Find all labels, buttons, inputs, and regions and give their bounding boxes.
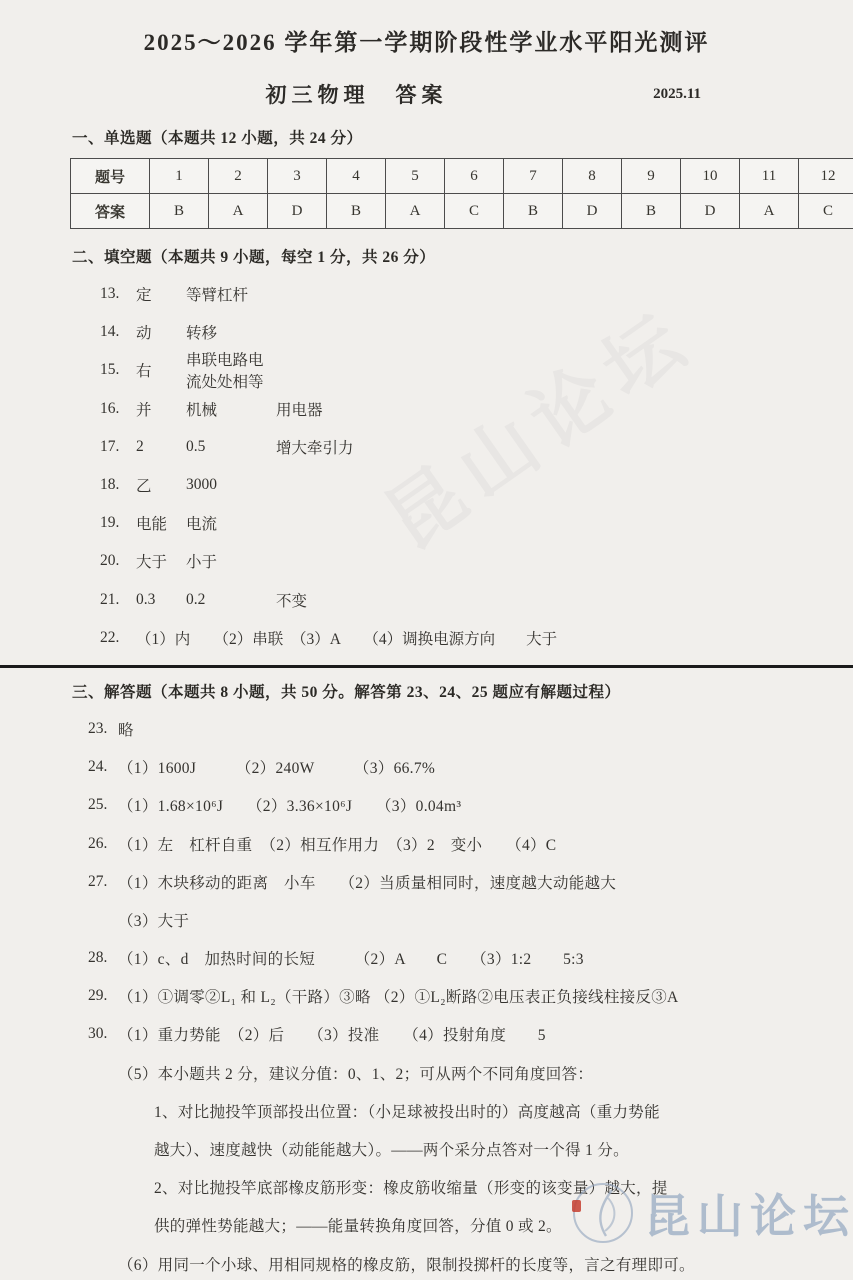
answer-line: 越大）、速度越快（动能能越大）。——两个采分点答对一个得 1 分。 xyxy=(118,1138,853,1160)
item-number: 16. xyxy=(100,400,136,418)
solution-item-24: 24. （1）1600J （2）240W （3）66.7% xyxy=(88,748,853,786)
fill-item-19: 19. 电能 电流 xyxy=(100,504,853,542)
table-cell-answer: B xyxy=(622,194,681,229)
blank-answer: 右 xyxy=(136,359,186,381)
answer-line: （1）重力势能 （2）后 （3）投准 （4）投射角度 5 xyxy=(118,1023,853,1045)
item-number: 18. xyxy=(100,476,136,494)
blank-answer: 3000 xyxy=(186,476,276,494)
blank-answer: 小于 xyxy=(186,550,276,572)
table-cell-qnum: 3 xyxy=(268,159,327,194)
table-cell-qnum: 10 xyxy=(681,159,740,194)
blank-answer: 大于 xyxy=(136,550,186,572)
item-number: 20. xyxy=(100,552,136,570)
blank-answer: 用电器 xyxy=(276,398,853,420)
table-cell-qnum: 1 xyxy=(150,159,209,194)
fill-item-14: 14. 动 转移 xyxy=(100,313,853,351)
blank-answer: 0.5 xyxy=(186,438,276,456)
item-number: 28. xyxy=(88,949,118,967)
blank-answer: 串联电路电流处处相等 xyxy=(186,348,276,392)
solution-item-27-cont: （3）大于 xyxy=(88,901,853,939)
solution-item-30: 30. （1）重力势能 （2）后 （3）投准 （4）投射角度 5 xyxy=(88,1015,853,1053)
exam-subtitle: 初三物理 答案 xyxy=(0,80,713,110)
blank-answer: 等臂杠杆 xyxy=(186,283,276,305)
section-1-heading: 一、单选题（本题共 12 小题，共 24 分） xyxy=(72,128,853,150)
table-cell-qnum: 9 xyxy=(622,159,681,194)
item-number: 23. xyxy=(88,720,118,738)
item-number: 27. xyxy=(88,873,118,891)
blank-answer: 0.3 xyxy=(136,591,186,609)
fill-item-13: 13. 定 等臂杠杆 xyxy=(100,275,853,313)
exam-date: 2025.11 xyxy=(653,86,701,103)
fill-item-15: 15. 右 串联电路电流处处相等 xyxy=(100,351,853,389)
solution-item-25: 25. （1）1.68×10⁶J （2）3.36×10⁶J （3）0.04m³ xyxy=(88,786,853,824)
solution-item-30-part6: （6）用同一个小球、用相同规格的橡皮筋，限制投掷杆的长度等，言之有理即可。 xyxy=(88,1245,853,1280)
blank-answer: 机械 xyxy=(186,398,276,420)
item-number: 17. xyxy=(100,438,136,456)
solution-item-30-point2-cont: 供的弹性势能越大；——能量转换角度回答，分值 0 或 2。 xyxy=(88,1206,853,1244)
fill-item-17: 17. 2 0.5 增大牵引力 xyxy=(100,428,853,466)
answer-line: （1）c、d 加热时间的长短 （2）A C （3）1:2 5:3 xyxy=(118,947,853,969)
table-row-question-numbers: 题号 1 2 3 4 5 6 7 8 9 10 11 12 xyxy=(71,159,853,194)
item-number: 24. xyxy=(88,758,118,776)
item-number: 15. xyxy=(100,361,136,379)
table-cell-answer: A xyxy=(740,194,799,229)
table-row-label: 答案 xyxy=(71,194,150,229)
blank-answer: 电流 xyxy=(186,512,276,534)
fill-item-20: 20. 大于 小于 xyxy=(100,542,853,580)
blank-answer: 乙 xyxy=(136,474,186,496)
blank-answer: 2 xyxy=(136,438,186,456)
answer-line: 2、对比抛投竿底部橡皮筋形变：橡皮筋收缩量（形变的该变量）越大，提 xyxy=(118,1176,853,1198)
table-cell-qnum: 8 xyxy=(563,159,622,194)
solution-answer-list: 23. 略 24. （1）1600J （2）240W （3）66.7% 25. … xyxy=(88,710,853,1280)
table-cell-qnum: 11 xyxy=(740,159,799,194)
blank-answer: 动 xyxy=(136,321,186,343)
blank-answer: 定 xyxy=(136,283,186,305)
answer-line: （1）1600J （2）240W （3）66.7% xyxy=(118,756,853,778)
answer-line: 1、对比抛投竿顶部投出位置：（小足球被投出时的）高度越高（重力势能 xyxy=(118,1100,853,1122)
answer-line: 略 xyxy=(118,718,853,740)
solution-item-23: 23. 略 xyxy=(88,710,853,748)
table-cell-answer: C xyxy=(799,194,853,229)
answer-line: （1）①调零②L₁ 和 L₂（干路）③略 （2）①L₂断路②电压表正负接线柱接反… xyxy=(118,985,853,1007)
section-2-heading: 二、填空题（本题共 9 小题，每空 1 分，共 26 分） xyxy=(72,247,853,269)
subtitle-row: 初三物理 答案 2025.11 xyxy=(0,80,853,110)
exam-answer-page: 2025～2026 学年第一学期阶段性学业水平阳光测评 初三物理 答案 2025… xyxy=(0,0,853,1280)
blank-answer: 0.2 xyxy=(186,591,276,609)
fill-item-22: 22. （1）内 （2）串联 （3）A （4）调换电源方向 大于 xyxy=(100,619,853,657)
table-cell-qnum: 4 xyxy=(327,159,386,194)
table-cell-answer: C xyxy=(445,194,504,229)
answer-line: （5）本小题共 2 分，建议分值：0、1、2；可从两个不同角度回答： xyxy=(118,1062,853,1084)
solution-item-29: 29. （1）①调零②L₁ 和 L₂（干路）③略 （2）①L₂断路②电压表正负接… xyxy=(88,977,853,1015)
table-cell-answer: A xyxy=(386,194,445,229)
item-number: 22. xyxy=(100,629,136,647)
item-number: 30. xyxy=(88,1025,118,1043)
table-cell-qnum: 7 xyxy=(504,159,563,194)
answer-line: （1）左 杠杆自重 （2）相互作用力 （3）2 变小 （4）C xyxy=(118,833,853,855)
item-number: 13. xyxy=(100,285,136,303)
fill-item-16: 16. 并 机械 用电器 xyxy=(100,390,853,428)
blank-answer: 增大牵引力 xyxy=(276,436,853,458)
item-number: 21. xyxy=(100,591,136,609)
table-cell-answer: B xyxy=(150,194,209,229)
fill-in-blank-list: 13. 定 等臂杠杆 14. 动 转移 15. 右 串联电路电流处处相等 16.… xyxy=(100,275,853,657)
page-break-divider xyxy=(0,665,853,668)
item-number: 26. xyxy=(88,835,118,853)
table-cell-qnum: 12 xyxy=(799,159,853,194)
solution-item-30-point1: 1、对比抛投竿顶部投出位置：（小足球被投出时的）高度越高（重力势能 xyxy=(88,1092,853,1130)
item-number: 29. xyxy=(88,987,118,1005)
table-cell-answer: D xyxy=(268,194,327,229)
answer-line: 供的弹性势能越大；——能量转换角度回答，分值 0 或 2。 xyxy=(118,1214,853,1236)
solution-item-30-point2: 2、对比抛投竿底部橡皮筋形变：橡皮筋收缩量（形变的该变量）越大，提 xyxy=(88,1168,853,1206)
table-cell-answer: A xyxy=(209,194,268,229)
answer-line: （1）1.68×10⁶J （2）3.36×10⁶J （3）0.04m³ xyxy=(118,794,853,816)
blank-answer: 电能 xyxy=(136,512,186,534)
fill-item-18: 18. 乙 3000 xyxy=(100,466,853,504)
answer-line: （3）大于 xyxy=(118,909,853,931)
section-3-heading: 三、解答题（本题共 8 小题，共 50 分。解答第 23、24、25 题应有解题… xyxy=(72,682,853,704)
blank-answer: （1）内 （2）串联 （3）A （4）调换电源方向 大于 xyxy=(136,627,853,649)
table-row-label: 题号 xyxy=(71,159,150,194)
item-number: 19. xyxy=(100,514,136,532)
table-row-answers: 答案 B A D B A C B D B D A C xyxy=(71,194,853,229)
answer-line: （6）用同一个小球、用相同规格的橡皮筋，限制投掷杆的长度等，言之有理即可。 xyxy=(118,1253,853,1275)
item-number: 14. xyxy=(100,323,136,341)
blank-answer: 不变 xyxy=(276,589,853,611)
table-cell-answer: B xyxy=(504,194,563,229)
solution-item-30-part5: （5）本小题共 2 分，建议分值：0、1、2；可从两个不同角度回答： xyxy=(88,1054,853,1092)
table-cell-qnum: 6 xyxy=(445,159,504,194)
page-title: 2025～2026 学年第一学期阶段性学业水平阳光测评 xyxy=(0,26,853,60)
blank-answer: 转移 xyxy=(186,321,276,343)
solution-item-30-point1-cont: 越大）、速度越快（动能能越大）。——两个采分点答对一个得 1 分。 xyxy=(88,1130,853,1168)
solution-item-26: 26. （1）左 杠杆自重 （2）相互作用力 （3）2 变小 （4）C xyxy=(88,824,853,862)
table-cell-qnum: 5 xyxy=(386,159,445,194)
solution-item-28: 28. （1）c、d 加热时间的长短 （2）A C （3）1:2 5:3 xyxy=(88,939,853,977)
fill-item-21: 21. 0.3 0.2 不变 xyxy=(100,581,853,619)
item-number: 25. xyxy=(88,796,118,814)
answer-table: 题号 1 2 3 4 5 6 7 8 9 10 11 12 答案 B A D B… xyxy=(70,158,853,229)
solution-item-27: 27. （1）木块移动的距离 小车 （2）当质量相同时，速度越大动能越大 xyxy=(88,863,853,901)
blank-answer: 并 xyxy=(136,398,186,420)
answer-line: （1）木块移动的距离 小车 （2）当质量相同时，速度越大动能越大 xyxy=(118,871,853,893)
table-cell-answer: D xyxy=(681,194,740,229)
table-cell-answer: D xyxy=(563,194,622,229)
table-cell-qnum: 2 xyxy=(209,159,268,194)
table-cell-answer: B xyxy=(327,194,386,229)
